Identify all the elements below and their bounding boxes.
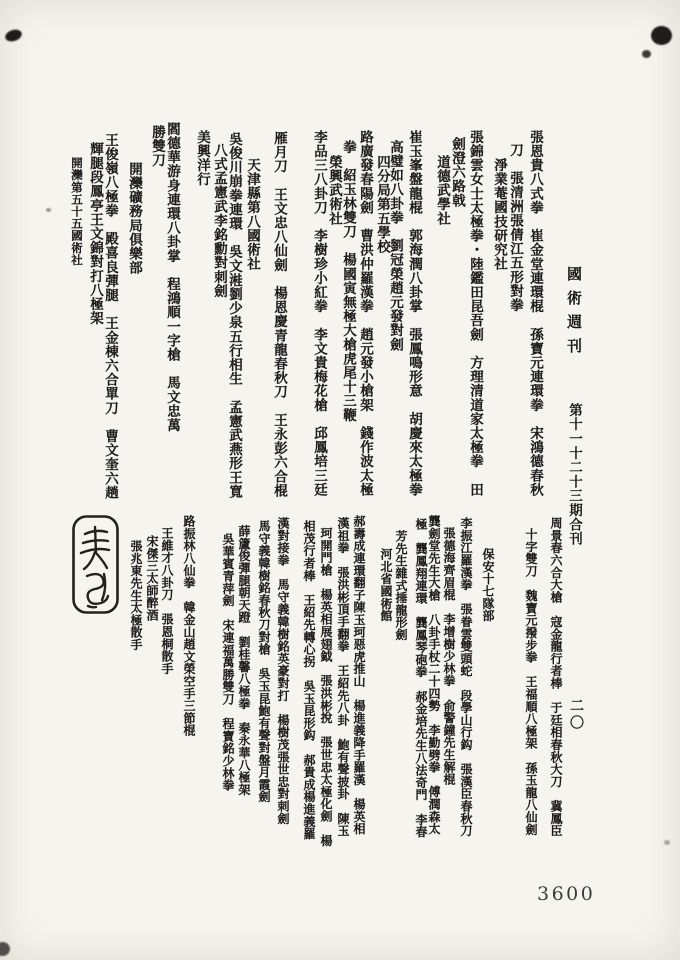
toc-column: 極 龔鳳翔連環 龔鳳琴砲拳 郝金培先生八法奇門 李春 [413, 518, 430, 838]
toc-column: 郝壽成連環翻子陳玉珂惡虎推山 楊進義降手羅漢 楊英相 [351, 515, 368, 835]
toc-column: 天津縣第八國術社 [242, 158, 262, 271]
toc-column: 張兆東先生太極散手 [128, 540, 145, 651]
toc-column: 相茂行者棒 王紹先轉心拐 吳玉昆形鈎 郝貴成楊進義羅 [301, 520, 318, 840]
toc-column: 輝腿段鳳亭王文錦對打八極架 [85, 142, 105, 325]
print-code: 3600 [537, 883, 595, 905]
toc-column: 漢對接拳 馬守義韓樹銘英豪對打 楊樹茂張世忠對刺劍 [275, 517, 292, 825]
toc-column: 張恩貴八式拳 崔金堂連環棍 孫寶元連環拳 宋鴻德春秋 [525, 130, 545, 497]
toc-column: 河北省國術館 [378, 548, 395, 622]
toc-column: 馬守義韓樹銘春秋刀對槍 吳玉昆鮑有聲對盤月霞劍 [256, 520, 273, 803]
toc-column: 開灤第五十五國術社 [69, 157, 85, 266]
toc-column: 十字雙刀 魏寶元撥步拳 王福順八極架 孫玉龍八仙劍 [523, 528, 540, 836]
toc-column: 珂開門槍 楊英相展翅鉞 張洪彬挩 張世忠太極化劍 楊 [318, 527, 335, 847]
toc-column: 王維才八卦刀 張恩桐散手 [159, 527, 176, 675]
toc-column: 雁月刀 王文忠八仙劍 楊恩慶青龍春秋刀 王永彭六合棍 [269, 131, 289, 498]
ink-smudge [46, 208, 51, 212]
toc-column: 路廣發春陽劍 曹洪仲羅漢拳 趙元發小槍架 錢作波太極 [355, 130, 375, 497]
toc-column: 薛籚俊彈腿朝天蹬 劉桂馨八極拳 秦永華八極架 [236, 525, 253, 796]
toc-column: 淨業菴國技研究社 [489, 158, 509, 271]
handwritten-seal [71, 514, 121, 616]
toc-column: 張錦雲女士太極拳・陸鑑田昆吾劍 方理清道家太極拳 田 [465, 130, 485, 497]
toc-column: 八式孟憲武李銘勳對刺劍 [209, 143, 229, 298]
page-number: 二〇 [566, 698, 586, 732]
ink-smudge [642, 50, 651, 58]
scanned-magazine-page: 國術週刊 第十一十二十三期合刊 二〇 張恩貴八式拳 崔金堂連環棍 孫寶元連環拳 … [0, 0, 680, 960]
toc-column: 張德海齊眉棍 李增樹少林拳 俞警鐘先生解棍 [441, 527, 458, 785]
toc-column: 路振林八仙拳 韓金山趙文榮空手三節棍 [181, 515, 198, 736]
toc-column: 李振江羅漢拳 張眷雲雙頭蛇 段學山行鈎 張漢臣春秋刀 [458, 517, 475, 837]
toc-column: 吳華賓青萍劍 宋連福萬勝雙刀 程寶銘少林拳 [220, 533, 237, 791]
ink-smudge [664, 840, 670, 845]
toc-column: 道德武學社 [432, 155, 452, 226]
ink-smudge [4, 28, 24, 44]
toc-column: 周景春六合大槍 寇金龍行者棒 于廷相春秋大刀 冀鳳臣 [548, 517, 565, 837]
toc-column: 李品三八卦刀 李樹珍小紅拳 李文貴梅花槍 邱鳳培三廷 [309, 130, 329, 497]
toc-column: 閻德華游身連環八卦掌 程鴻順一字槍 馬文忠萬 [162, 122, 182, 432]
toc-column: 美興洋行 [192, 130, 212, 186]
masthead-column: 國術週刊 第十一十二十三期合刊 [564, 266, 585, 546]
toc-column: 開灤礦務局俱樂部 [124, 162, 144, 275]
publication-title: 國術週刊 [565, 266, 583, 362]
toc-column: 四分局第五學校 [372, 155, 392, 254]
issue-label: 第十一十二十三期合刊 [564, 403, 584, 546]
toc-column: 漢祖拳 張洪彬頂手翻拳 王紹先八卦 鮑有聲披卦 陳玉 [335, 517, 352, 837]
toc-column: 保安十七隊部 [480, 548, 497, 622]
seal-cursive-strokes [81, 527, 109, 607]
ink-smudge [0, 942, 10, 956]
toc-column: 芳先生雜式捶龍形劍 [393, 530, 410, 641]
ink-smudge [651, 26, 672, 45]
toc-column: 勝雙刀 [147, 125, 167, 167]
toc-column: 宋傑三太師醉酒 [144, 535, 161, 621]
toc-column: 崔玉峯盤龍棍 郭海潤八卦掌 張鳳鳴形意 胡慶來太極拳 [404, 130, 424, 497]
